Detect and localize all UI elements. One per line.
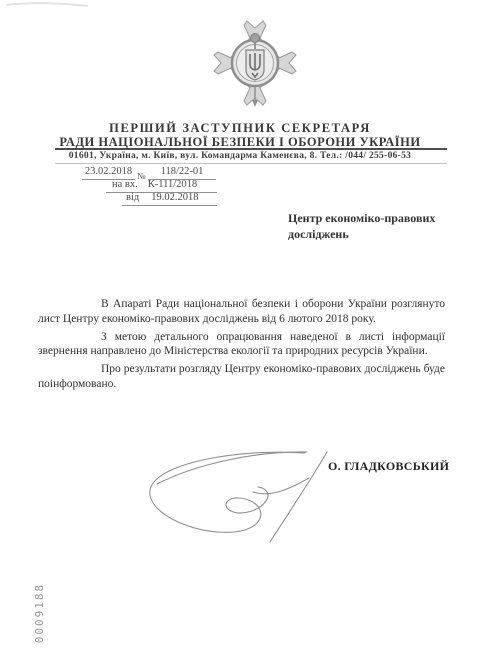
paragraph: В Апараті Ради національної безпеки і об… bbox=[38, 297, 445, 326]
paragraph: З метою детального опрацювання наведеної… bbox=[38, 330, 445, 359]
serial-number: 0009188 bbox=[33, 565, 47, 660]
recipient-block: Центр економіко-правових досліджень bbox=[288, 211, 448, 242]
outgoing-date: 23.02.2018 bbox=[82, 166, 135, 180]
outgoing-number: 118/22-01 bbox=[148, 166, 216, 180]
recipient-line1: Центр економіко-правових bbox=[288, 211, 448, 227]
paragraph: Про результати розгляду Центру економіко… bbox=[38, 362, 445, 391]
scanned-letter-page: ПЕРШИЙ ЗАСТУПНИК СЕКРЕТАРЯ РАДИ НАЦІОНАЛ… bbox=[0, 0, 480, 660]
incoming-date-row: від19.02.2018 bbox=[122, 192, 217, 206]
letterhead-divider-thin bbox=[55, 163, 447, 164]
signatory-name: О. ГЛАДКОВСЬКИЙ bbox=[328, 459, 449, 474]
incoming-date: 19.02.2018 bbox=[151, 192, 198, 203]
recipient-line2: досліджень bbox=[288, 227, 448, 243]
incoming-row: на вх.К-111/2018 bbox=[106, 179, 217, 193]
letterhead-divider bbox=[55, 148, 447, 150]
incoming-number: К-111/2018 bbox=[148, 179, 197, 190]
incoming-label: на вх. bbox=[112, 179, 138, 190]
letterhead-address: 01601, Україна, м. Київ, вул. Командарма… bbox=[0, 151, 480, 161]
incoming-date-label: від bbox=[126, 192, 139, 203]
letter-body: В Апараті Ради національної безпеки і об… bbox=[38, 297, 445, 395]
letterhead-title-line1: ПЕРШИЙ ЗАСТУПНИК СЕКРЕТАРЯ bbox=[0, 121, 480, 136]
nsdc-emblem-icon bbox=[210, 17, 300, 109]
